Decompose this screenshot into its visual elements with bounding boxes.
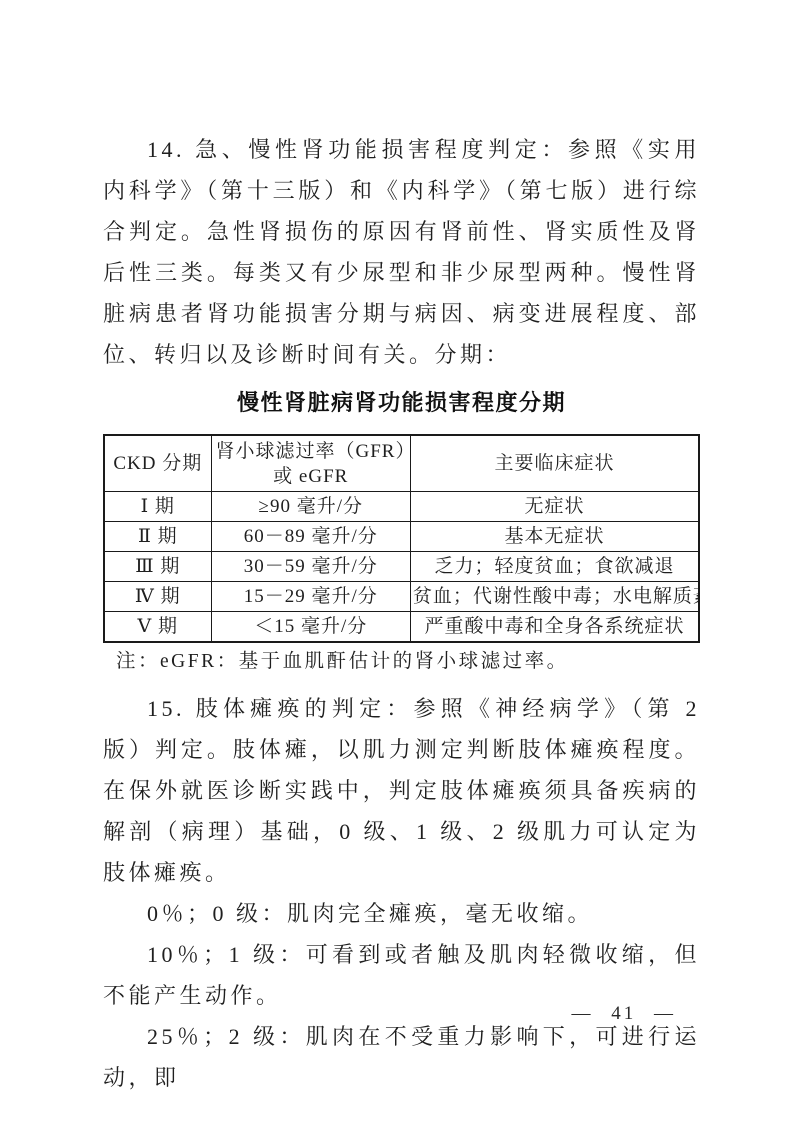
table-cell-gfr: 60－89 毫升/分 [211, 522, 410, 552]
table-cell-stage: Ⅱ 期 [104, 522, 211, 552]
table-cell-symptoms: 贫血；代谢性酸中毒；水电解质紊乱 [410, 582, 699, 612]
table-row: Ⅰ 期 ≥90 毫升/分 无症状 [104, 492, 699, 522]
paragraph-14: 14. 急、慢性肾功能损害程度判定：参照《实用内科学》（第十三版）和《内科学》（… [103, 129, 700, 375]
table-title: 慢性肾脏病肾功能损害程度分期 [103, 389, 700, 419]
table-header-cell-gfr: 肾小球滤过率（GFR）或 eGFR [211, 435, 410, 492]
grade-line-0: 0％；0 级：肌肉完全瘫痪，毫无收缩。 [103, 893, 700, 934]
table-cell-stage: Ⅲ 期 [104, 552, 211, 582]
table-row: Ⅱ 期 60－89 毫升/分 基本无症状 [104, 522, 699, 552]
paragraph-15: 15. 肢体瘫痪的判定：参照《神经病学》（第 2 版）判定。肢体瘫，以肌力测定判… [103, 688, 700, 893]
table-cell-stage: Ⅳ 期 [104, 582, 211, 612]
table-header-cell-symptoms: 主要临床症状 [410, 435, 699, 492]
table-cell-gfr: 15－29 毫升/分 [211, 582, 410, 612]
document-page: 14. 急、慢性肾功能损害程度判定：参照《实用内科学》（第十三版）和《内科学》（… [0, 0, 793, 1122]
grade-line-2: 25％；2 级：肌肉在不受重力影响下，可进行运动，即 [103, 1016, 700, 1098]
table-cell-gfr: ≥90 毫升/分 [211, 492, 410, 522]
table-cell-symptoms: 乏力；轻度贫血；食欲减退 [410, 552, 699, 582]
page-number: — 41 — [572, 1002, 677, 1026]
table-note: 注：eGFR：基于血肌酐估计的肾小球滤过率。 [103, 648, 700, 675]
table-header-cell-stage: CKD 分期 [104, 435, 211, 492]
table-row: Ⅲ 期 30－59 毫升/分 乏力；轻度贫血；食欲减退 [104, 552, 699, 582]
table-header-row: CKD 分期 肾小球滤过率（GFR）或 eGFR 主要临床症状 [104, 435, 699, 492]
table-row: Ⅳ 期 15－29 毫升/分 贫血；代谢性酸中毒；水电解质紊乱 [104, 582, 699, 612]
ckd-staging-table: CKD 分期 肾小球滤过率（GFR）或 eGFR 主要临床症状 Ⅰ 期 ≥90 … [103, 434, 700, 643]
document-content: 14. 急、慢性肾功能损害程度判定：参照《实用内科学》（第十三版）和《内科学》（… [103, 129, 700, 1098]
table-cell-stage: Ⅴ 期 [104, 612, 211, 643]
table-cell-stage: Ⅰ 期 [104, 492, 211, 522]
table-row: Ⅴ 期 ＜15 毫升/分 严重酸中毒和全身各系统症状 [104, 612, 699, 643]
table-cell-gfr: 30－59 毫升/分 [211, 552, 410, 582]
table-cell-gfr: ＜15 毫升/分 [211, 612, 410, 643]
table-cell-symptoms: 基本无症状 [410, 522, 699, 552]
table-cell-symptoms: 严重酸中毒和全身各系统症状 [410, 612, 699, 643]
table-cell-symptoms: 无症状 [410, 492, 699, 522]
